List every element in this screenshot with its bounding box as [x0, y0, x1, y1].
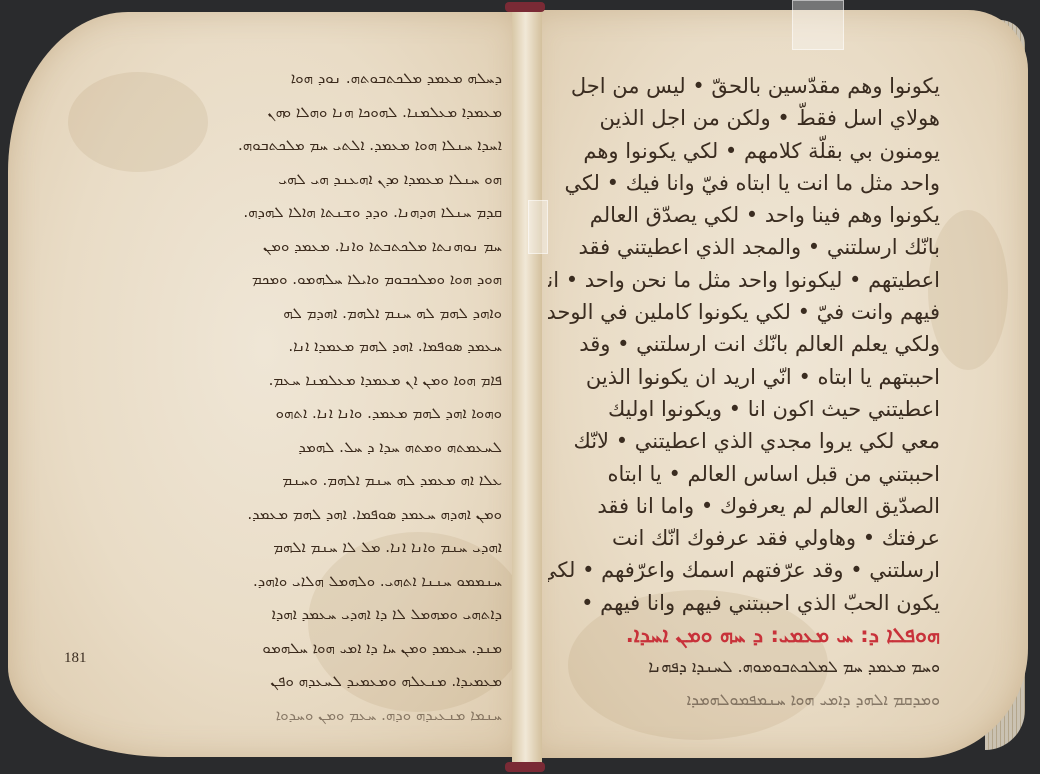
text-line: ܡܥܡܕܐ ܡܥܠܡܢܐ. ܠܗܘܟܐ ܗܢܐ ܘܗܠܐ ܘܗܢ	[92, 96, 502, 130]
text-line: يكونوا وهم فينا واحد • لكي يصدّق العالم	[548, 199, 940, 231]
rubric-line: ܗܘܦܠܐ ܕ: ܚ ܡܥܡܝ: ܕ ܚܗ ܘܡܢ ܐܚܕܐ.	[548, 619, 940, 651]
text-line: الصدّيق العالم لم يعرفوك • واما انا فقد	[548, 490, 940, 522]
text-line: ܐܗܕܝ ܚܢܡ ܘܐܢܐ ܐܢܐ. ܡܠ ܠܐ ܚܢܡ ܐܠܗܡ	[92, 531, 502, 565]
text-line: احببتهم يا ابتاه • انّي اريد ان يكونوا ا…	[548, 361, 940, 393]
text-line: ܘܡܕܩܡ ܐܠܗܕ ܕܐܡܝ ܗܘܐ ܚܢܡܦܡܘܠܗܡܕܐ	[548, 684, 940, 716]
text-line: ܡܢܕ. ܚܥܡܕ ܘܡܢ ܚܐ ܕܐ ܐܡܝ ܗܘܐ ܚܠܗܡܘ	[92, 632, 502, 666]
text-line: ܚܥܡܕ ܣܘܦܡܐ. ܐܗܕ ܠܗܡ ܡܥܡܕܐ ܐܢܐ.	[92, 330, 502, 364]
text-line: بانّك ارسلتني • والمجد الذي اعطيتني فقد	[548, 231, 940, 263]
text-line: ܕܐܬܗܝ ܘܡܗܡܠ ܠܐ ܕܐ ܐܗܕܝ ܚܥܡܕ ܐܗܕܐ	[92, 598, 502, 632]
text-line: ܗܘ ܚܢܠܐ ܡܥܡܕܐ ܘܕܢ ܐܗܥܢܕ ܗܝ ܠܗܝ	[92, 163, 502, 197]
repair-tape	[792, 0, 844, 50]
gutter	[512, 8, 542, 768]
text-line: ܦܐܡ ܗܘܐ ܘܡܢ ܐܢ ܡܥܡܕܐ ܡܥܠܡܢܐ ܚܥܡ.	[92, 364, 502, 398]
text-line: ܠܚܥܡܬܗ ܘܡܬܗ ܚܕܐ ܕ ܚܠ. ܠܗܡܕ	[92, 431, 502, 465]
text-line: هولاي اسل فقطّ • ولكن من اجل الذين	[548, 102, 940, 134]
text-line: معي لكي يروا مجدي الذي اعطيتني • لانّك	[548, 425, 940, 457]
text-line: عرفتك • وهاولي فقد عرفوك انّك انت	[548, 522, 940, 554]
text-line: ارسلتني • وقد عرّفتهم اسمك واعرّفهم • لك…	[548, 554, 940, 586]
text-line: ولكي يعلم العالم بانّك انت ارسلتني • وقد	[548, 328, 940, 360]
text-line: ܐܚܕܐ ܚܢܠܐ ܗܘܐ ܡܥܡܕ. ܐܠܬܝ ܚܡ ܡܠܟܬܒܘܗ.	[92, 129, 502, 163]
text-line: يكونوا وهم مقدّسين بالحقّ • ليس من اجل	[548, 70, 940, 102]
text-line: ܘܚܡ ܡܥܡܕ ܚܡ ܠܡܠܟܬܒܘܡܘܗ. ܠܚܢܕܐ ܕܦܗܢܐ	[548, 651, 940, 683]
text-line: ܘܗܘܐ ܐܗܕ ܠܗܡ ܡܥܡܕ. ܘܐܢܐ ܐܢܐ. ܐܬܗܘ	[92, 397, 502, 431]
text-line: اعطيتهم • ليكونوا واحد مثل ما نحن واحد •…	[548, 264, 940, 296]
text-line: ܡܥܡܝܕܐ. ܡܢܥܠܗ ܘܡܥܡܝܕ ܠܚܥܕܗ ܘܦܢ	[92, 665, 502, 699]
text-line: يومنون بي بقلّة كلامهم • لكي يكونوا وهم	[548, 135, 940, 167]
text-line: فيهم وانت فيّ • لكي يكونوا كاملين في الو…	[548, 296, 940, 328]
text-line: ܗܘܕ ܗܘܐ ܘܡܠܟܒܘܡ ܘܐܝܠܐ ܚܠܗܡܘ. ܘܡܟܡ	[92, 263, 502, 297]
text-line: ܘܐܗܕ ܠܗܡ ܠܗ ܚܢܡ ܐܠܗܡ. ܐܗܕܡ ܠܗ	[92, 297, 502, 331]
text-line: ܥܠܐ ܐܗ ܡܥܡܕ ܠܗ ܚܢܡ ܐܠܗܡ. ܘܚܢܡ	[92, 464, 502, 498]
text-line: ܚܢܡܐ ܡܢܥܝܕܗ ܘܕܗ. ܚܥܡ ܘܡܢ ܘܚܕܘܐ	[92, 699, 502, 733]
open-manuscript: ܕܚܠܗ ܡܥܡܕ ܡܠܟܬܒܘܬܗ. ܢܘܕ ܗܘܐ ܡܥܡܕܐ ܡܥܠܡܢܐ…	[0, 0, 1040, 774]
spine-headband-top	[505, 2, 545, 12]
text-line: ܚܡ ܢܘܗܢܬܐ ܡܠܟܬܒܬܐ ܘܐܢܐ. ܡܥܡܕ ܘܡܢ	[92, 230, 502, 264]
folio-number: 181	[64, 650, 87, 667]
right-page-text: يكونوا وهم مقدّسين بالحقّ • ليس من اجل ه…	[548, 70, 940, 716]
text-line: ܩܕܡ ܚܢܠܐ ܗܕܗܢܐ. ܘܕܕ ܘܫܢܬܐ ܗܐܠܐ ܠܗܕܗ.	[92, 196, 502, 230]
left-page-text: ܕܚܠܗ ܡܥܡܕ ܡܠܟܬܒܘܬܗ. ܢܘܕ ܗܘܐ ܡܥܡܕܐ ܡܥܠܡܢܐ…	[92, 62, 502, 732]
text-line: ܘܡܢ ܐܗܕܗ ܚܥܡܕ ܣܘܦܡܐ. ܐܗܕ ܠܗܡ ܡܥܡܕ.	[92, 498, 502, 532]
text-line: احببتني من قبل اساس العالم • يا ابتاه	[548, 458, 940, 490]
repair-tape	[528, 200, 548, 254]
text-line: ܕܚܠܗ ܡܥܡܕ ܡܠܟܬܒܘܬܗ. ܢܘܕ ܗܘܐ	[92, 62, 502, 96]
text-line: ܚܢܡܡܘ ܚܢܢܐ ܐܬܗܝ. ܘܠܗܡܠ ܗܠܐܝ ܘܐܗܕ.	[92, 565, 502, 599]
text-line: اعطيتني حيث اكون انا • ويكونوا اوليك	[548, 393, 940, 425]
text-line: واحد مثل ما انت يا ابتاه فيّ وانا فيك • …	[548, 167, 940, 199]
spine-headband-bottom	[505, 762, 545, 772]
water-stain	[928, 210, 1008, 370]
text-line: يكون الحبّ الذي احببتني فيهم وانا فيهم •	[548, 587, 940, 619]
